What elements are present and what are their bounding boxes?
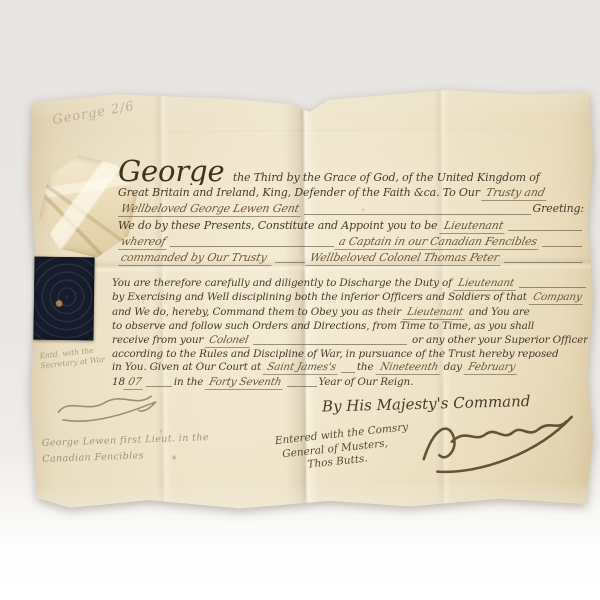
handwritten-fill: February: [463, 361, 519, 375]
document-line: to observe and follow such Orders and Di…: [112, 320, 588, 333]
engraved-text: in You. Given at Our Court at: [112, 361, 264, 374]
blank-rule: [146, 384, 172, 387]
bottom-fold-crease: [29, 472, 597, 514]
blank-rule: [341, 370, 355, 373]
engraved-text: by Exercising and Well disciplining both…: [112, 291, 530, 304]
document-body-paragraph: You are therefore carefully and diligent…: [112, 277, 588, 390]
engraved-text: the: [357, 361, 377, 374]
blank-rule: [519, 285, 586, 288]
document-line: We do by these Presents, Constitute and …: [118, 218, 584, 234]
blank-rule: [304, 212, 531, 215]
blue-revenue-stamp: [33, 257, 94, 341]
handwritten-fill: Lieutenant: [453, 277, 518, 291]
handwritten-fill: whereof: [118, 234, 170, 250]
document-line: commanded by Our Trusty Wellbeloved Colo…: [118, 250, 584, 266]
engraved-text: or any other your Superior Officer: [409, 334, 588, 347]
engraved-text: to observe and follow such Orders and Di…: [112, 320, 534, 333]
engraved-text: receive from your: [112, 334, 206, 347]
engraved-text: Greeting:: [533, 201, 585, 216]
handwritten-fill: Nineteenth: [375, 361, 442, 375]
blank-rule: [504, 260, 582, 263]
engraved-text: according to the Rules and Discipline of…: [112, 348, 559, 361]
engraved-text: and You are: [466, 306, 530, 319]
handwritten-fill: 07: [123, 376, 145, 390]
engraved-text: the Third by the Grace of God, of the Un…: [229, 170, 539, 185]
handwritten-fill: Trusty and: [481, 185, 549, 201]
handwritten-fill: a Captain in our Canadian Fencibles: [334, 234, 541, 250]
handwritten-fill: Wellbeloved George Lewen Gent: [118, 201, 304, 217]
handwritten-fill: Lieutenant: [439, 218, 507, 234]
document-line: 1807in the Forty SeventhYear of Our Reig…: [112, 376, 588, 390]
document-line: according to the Rules and Discipline of…: [112, 348, 588, 361]
engraved-text: You are therefore carefully and diligent…: [112, 277, 455, 290]
blank-rule: [542, 244, 582, 247]
document-line: receive from your Colonel or any other y…: [112, 334, 588, 348]
blank-rule: [508, 228, 582, 231]
blank-rule: [287, 384, 317, 387]
document-line: You are therefore carefully and diligent…: [112, 277, 588, 291]
engraved-text: We do by these Presents, Constitute and …: [118, 218, 441, 233]
pencil-identification-note: George Lewen first Lieut. in the Canadia…: [41, 430, 209, 468]
handwritten-fill: Forty Seventh: [205, 376, 286, 390]
document-opening-paragraph: George the Third by the Grace of God, of…: [118, 157, 584, 266]
document-line: by Exercising and Well disciplining both…: [112, 291, 588, 305]
blank-rule: George: [118, 157, 229, 185]
document-line: whereofa Captain in our Canadian Fencibl…: [118, 234, 584, 250]
handwritten-fill: Colonel: [205, 334, 253, 348]
handwritten-fill: commanded by Our Trusty: [118, 250, 275, 266]
handwritten-fill: Wellbeloved Colonel Thomas Peter: [305, 250, 503, 266]
blank-rule: [170, 244, 334, 247]
handwritten-fill: Saint James's: [263, 361, 341, 375]
blank-rule: [253, 342, 407, 345]
document-line: Wellbeloved George Lewen GentGreeting:: [118, 201, 584, 217]
engraved-text: day: [440, 361, 465, 374]
engraved-text: and We do, hereby, Command them to Obey …: [112, 306, 404, 319]
engraved-text: Year of Our Reign.: [319, 376, 414, 389]
blank-rule: [275, 260, 305, 263]
engraved-text: Great Britain and Ireland, King, Defende…: [118, 185, 483, 200]
document-line: Great Britain and Ireland, King, Defende…: [118, 185, 584, 201]
handwritten-fill: Company: [528, 291, 585, 305]
photograph-of-commission-document: George 2/6 Entd. with the Secretary at W…: [0, 0, 600, 600]
document-line: and We do, hereby, Command them to Obey …: [112, 306, 588, 320]
handwritten-fill: Lieutenant: [403, 306, 468, 320]
document-line: George the Third by the Grace of God, of…: [118, 157, 584, 185]
document-line: in You. Given at Our Court at Saint Jame…: [112, 361, 588, 375]
engraved-text: in the: [174, 376, 207, 389]
